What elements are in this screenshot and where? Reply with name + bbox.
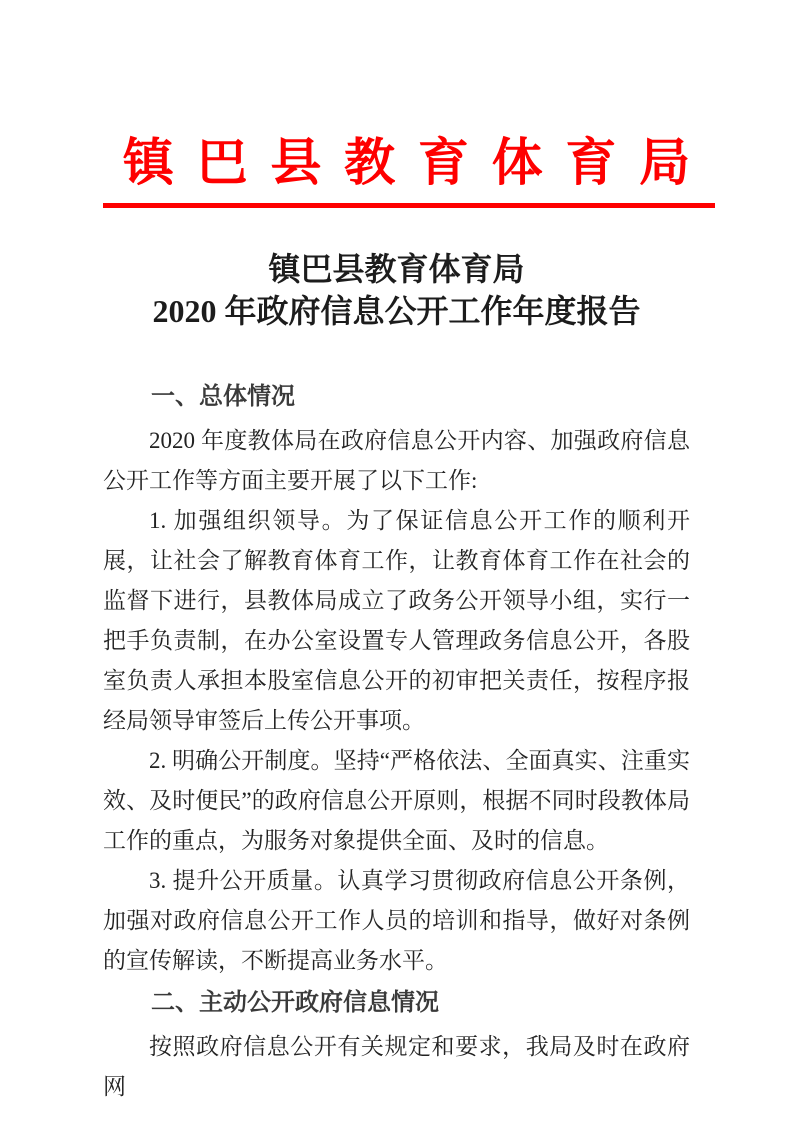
body-paragraph: 2. 明确公开制度。坚持“严格依法、全面真实、注重实效、及时便民”的政府信息公开… bbox=[103, 741, 690, 861]
section-heading: 二、主动公开政府信息情况 bbox=[103, 983, 690, 1023]
document-body: 一、总体情况2020 年度教体局在政府信息公开内容、加强政府信息公开工作等方面主… bbox=[103, 377, 690, 1107]
letterhead-rule bbox=[103, 203, 715, 208]
document-page: 镇 巴 县 教 育 体 育 局 镇巴县教育体育局 2020 年政府信息公开工作年… bbox=[0, 0, 793, 1122]
letterhead: 镇 巴 县 教 育 体 育 局 bbox=[103, 130, 715, 208]
document-title-line2: 2020 年政府信息公开工作年度报告 bbox=[0, 290, 793, 332]
letterhead-org-name: 镇 巴 县 教 育 体 育 局 bbox=[103, 130, 715, 198]
body-paragraph: 2020 年度教体局在政府信息公开内容、加强政府信息公开工作等方面主要开展了以下… bbox=[103, 421, 690, 501]
body-paragraph: 3. 提升公开质量。认真学习贯彻政府信息公开条例，加强对政府信息公开工作人员的培… bbox=[103, 861, 690, 981]
body-paragraph: 1. 加强组织领导。为了保证信息公开工作的顺利开展，让社会了解教育体育工作，让教… bbox=[103, 501, 690, 741]
body-paragraph: 按照政府信息公开有关规定和要求，我局及时在政府网 bbox=[103, 1027, 690, 1107]
section-heading: 一、总体情况 bbox=[103, 377, 690, 417]
document-title: 镇巴县教育体育局 2020 年政府信息公开工作年度报告 bbox=[0, 248, 793, 332]
document-title-line1: 镇巴县教育体育局 bbox=[0, 248, 793, 290]
